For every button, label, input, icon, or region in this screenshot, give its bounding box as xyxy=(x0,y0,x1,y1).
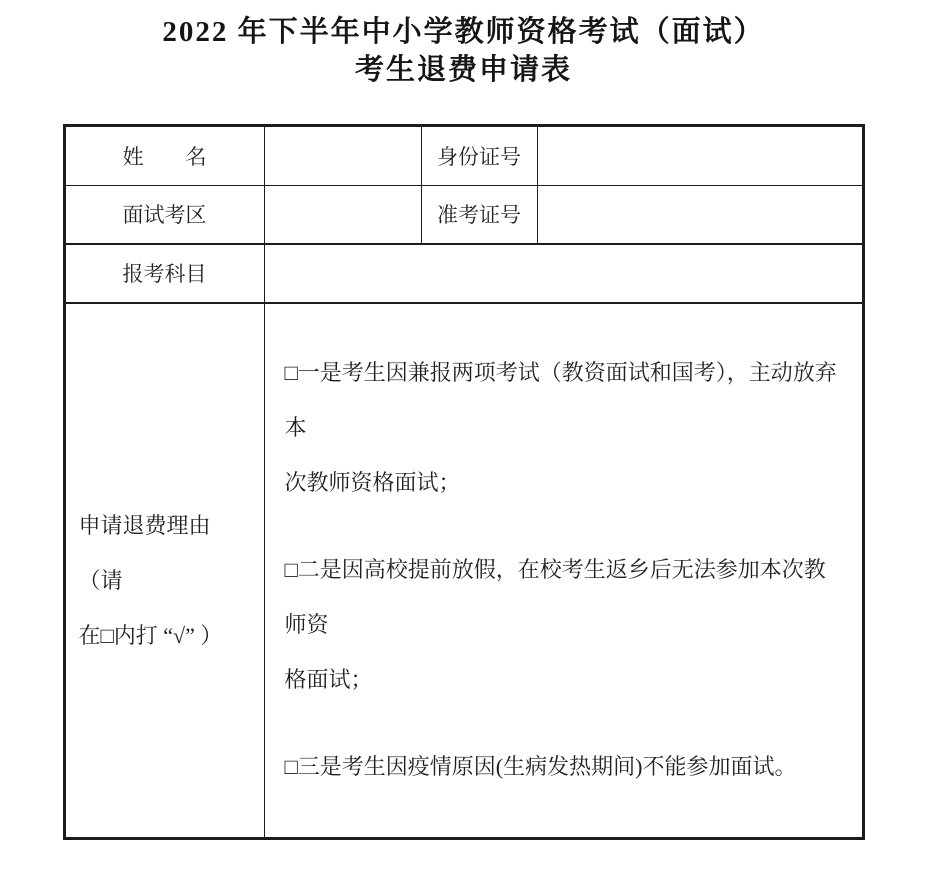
checkbox-icon-1[interactable]: □ xyxy=(285,360,298,385)
id-number-value-cell[interactable] xyxy=(537,126,863,186)
reason-3-line-1: 三是考生因疫情原因(生病发热期间)不能参加面试。 xyxy=(298,754,797,779)
subject-label: 报考科目 xyxy=(64,244,264,303)
refund-form-page: 2022 年下半年中小学教师资格考试（面试） 考生退费申请表 姓 名 身份证号 … xyxy=(0,0,927,881)
refund-reason-label: 申请退费理由（请 在□内打 “√” ） xyxy=(64,303,264,839)
refund-form-table: 姓 名 身份证号 面试考区 准考证号 报考科目 申请退费理由（请 在□内打 “√… xyxy=(63,124,865,840)
table-row-subjects: 报考科目 xyxy=(64,244,863,303)
exam-area-value-cell[interactable] xyxy=(264,186,421,244)
name-label: 姓 名 xyxy=(64,126,264,186)
admission-ticket-value-cell[interactable] xyxy=(537,186,863,244)
form-title: 2022 年下半年中小学教师资格考试（面试） 考生退费申请表 xyxy=(0,0,927,89)
table-row-examarea-ticket: 面试考区 准考证号 xyxy=(64,186,863,244)
exam-area-label: 面试考区 xyxy=(64,186,264,244)
checkbox-icon-3[interactable]: □ xyxy=(285,754,298,779)
refund-reason-label-line1: 申请退费理由（请 xyxy=(79,498,254,608)
reason-3-line-1-wrap: □三是考生因疫情原因(生病发热期间)不能参加面试。 xyxy=(285,739,844,794)
form-title-line2: 考生退费申请表 xyxy=(0,51,927,89)
reason-option-2: □二是因高校提前放假，在校考生返乡后无法参加本次教师资 格面试； xyxy=(285,542,844,707)
table-row-refund-reasons: 申请退费理由（请 在□内打 “√” ） □一是考生因兼报两项考试（教资面试和国考… xyxy=(64,303,863,839)
table-row-name-id: 姓 名 身份证号 xyxy=(64,126,863,186)
reason-1-line-1-wrap: □一是考生因兼报两项考试（教资面试和国考），主动放弃本 xyxy=(285,345,844,455)
refund-reasons-cell: □一是考生因兼报两项考试（教资面试和国考），主动放弃本 次教师资格面试； □二是… xyxy=(264,303,863,839)
id-number-label: 身份证号 xyxy=(421,126,537,186)
admission-ticket-label: 准考证号 xyxy=(421,186,537,244)
reason-option-1: □一是考生因兼报两项考试（教资面试和国考），主动放弃本 次教师资格面试； xyxy=(285,345,844,510)
reason-2-line-2: 格面试； xyxy=(285,652,844,707)
reason-2-line-1-wrap: □二是因高校提前放假，在校考生返乡后无法参加本次教师资 xyxy=(285,542,844,652)
checkbox-icon-2[interactable]: □ xyxy=(285,557,298,582)
refund-reason-label-line2: 在□内打 “√” ） xyxy=(79,608,254,663)
reason-option-3: □三是考生因疫情原因(生病发热期间)不能参加面试。 xyxy=(285,739,844,794)
subject-value-cell[interactable] xyxy=(264,244,863,303)
name-value-cell[interactable] xyxy=(264,126,421,186)
reason-2-line-1: 二是因高校提前放假，在校考生返乡后无法参加本次教师资 xyxy=(285,557,826,637)
reason-1-line-2: 次教师资格面试； xyxy=(285,455,844,510)
form-title-line1: 2022 年下半年中小学教师资格考试（面试） xyxy=(0,13,927,51)
reason-1-line-1: 一是考生因兼报两项考试（教资面试和国考），主动放弃本 xyxy=(285,360,837,440)
